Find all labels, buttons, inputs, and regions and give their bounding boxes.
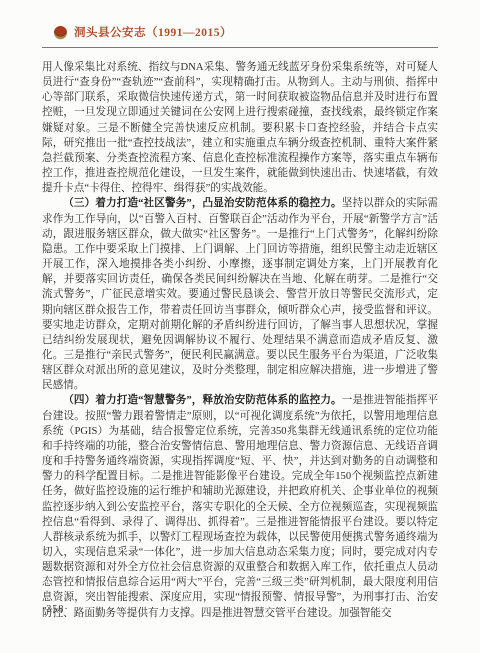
paragraph-lead: （三）着力打造“社区警务”，凸显治安防范体系的稳控力。 — [63, 198, 342, 209]
book-page: 洞头县公安志（1991—2015） 用人像采集比对系统、指纹与DNA采集、警务通… — [0, 0, 480, 653]
body-text: 用人像采集比对系统、指纹与DNA采集、警务通无线蓝牙身份采集系统等，对可疑人员进… — [42, 60, 438, 621]
page-number: ·358· — [42, 604, 69, 615]
paragraph-text: 一是推进智能指挥平台建设。按照“警力跟着警情走”原则，以“可视化调度系统”为依托… — [42, 395, 438, 618]
book-title: 洞头县公安志（1991—2015） — [74, 24, 232, 40]
paragraph-continuation: 用人像采集比对系统、指纹与DNA采集、警务通无线蓝牙身份采集系统等，对可疑人员进… — [42, 60, 438, 196]
paragraph-text: 用人像采集比对系统、指纹与DNA采集、警务通无线蓝牙身份采集系统等，对可疑人员进… — [42, 62, 438, 194]
paragraph-section-4: （四）着力打造“智慧警务”，释放治安防范体系的监控力。一是推进智能指挥平台建设。… — [42, 393, 438, 620]
paragraph-lead: （四）着力打造“智慧警务”，释放治安防范体系的监控力。 — [63, 395, 342, 406]
paragraph-text: 坚持以群众的实际需求作为工作导向，以“百警入百村、百警联百企”活动作为平台，开展… — [42, 198, 438, 391]
page-header: 洞头县公安志（1991—2015） — [42, 20, 438, 48]
police-badge-icon — [54, 26, 67, 39]
paragraph-section-3: （三）着力打造“社区警务”，凸显治安防范体系的稳控力。坚持以群众的实际需求作为工… — [42, 196, 438, 393]
